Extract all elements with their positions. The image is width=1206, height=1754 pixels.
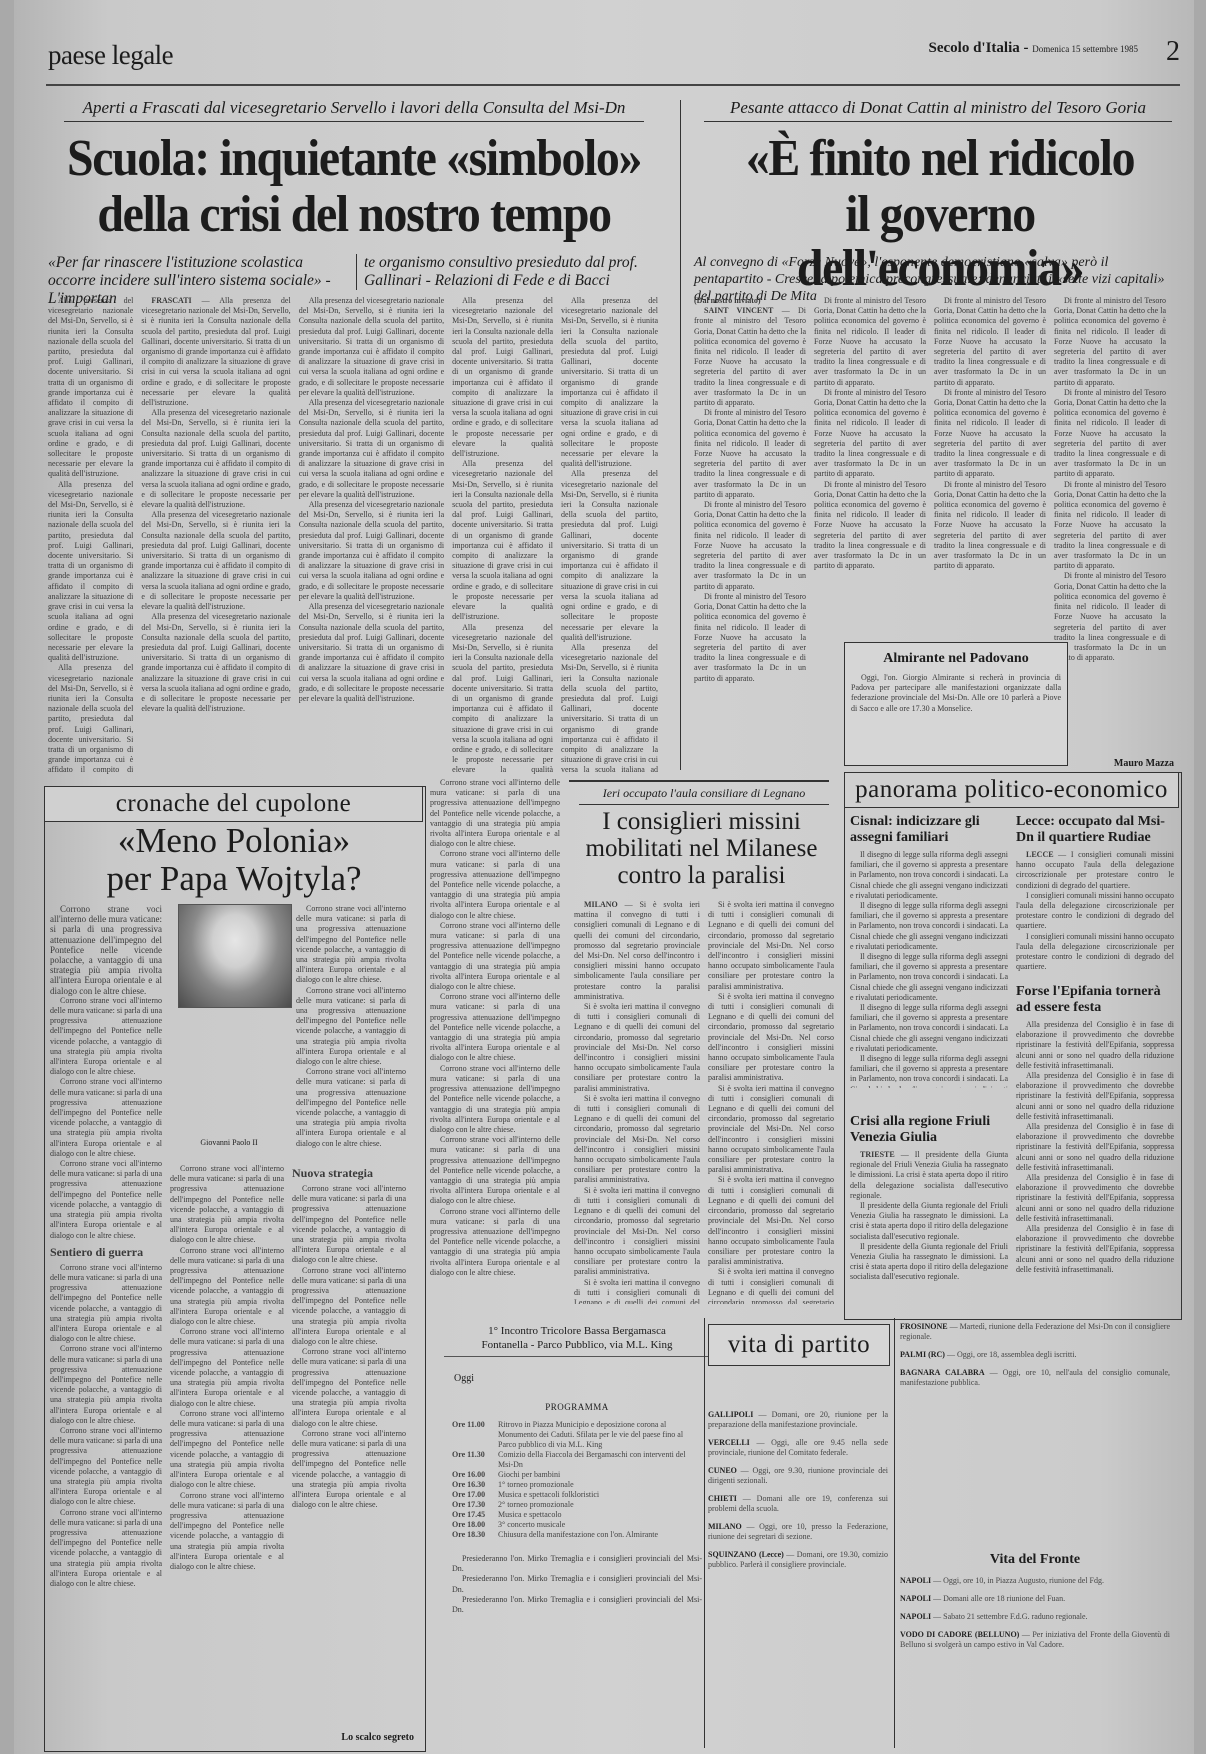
schedule-time: Ore 16.30 <box>452 1480 498 1490</box>
cupolone-headline-2: per Papa Wojtyla? <box>44 860 424 898</box>
body-column: Alla presenza del vicesegretario naziona… <box>299 296 444 776</box>
vdp-item-place: CHIETI <box>708 1494 737 1503</box>
issue-date: Domenica 15 settembre 1985 <box>1032 44 1138 54</box>
cupolone-headline-1: «Meno Polonia» <box>44 822 424 860</box>
incontro-title-2: Fontanella - Parco Pubblico, via M.L. Ki… <box>444 1338 710 1352</box>
body-column: FRASCATI — Alla presenza del vicesegreta… <box>141 296 290 776</box>
vdp-item: MILANO — Oggi, ore 10, presso la Federaz… <box>708 1522 888 1542</box>
vdp-item-place: VERCELLI <box>708 1438 750 1447</box>
schedule-row: Ore 11.00Ritrovo in Piazza Municipio e d… <box>452 1420 702 1450</box>
vdf-item: NAPOLI — Oggi, ore 10, in Piazza Augusto… <box>900 1576 1170 1586</box>
incontro-day: Oggi <box>454 1373 710 1384</box>
cupolone-right: Giovanni Paolo II Corrono strane voci al… <box>170 904 406 1746</box>
schedule-time: Ore 17.30 <box>452 1500 498 1510</box>
article-cattin-kicker-wrap: Pesante attacco di Donat Cattin al minis… <box>704 98 1172 122</box>
body-column: Alla presenza del vicesegretario naziona… <box>452 296 553 776</box>
legnano-kicker: Ieri occupato l'aula consiliare di Legna… <box>579 786 829 805</box>
incontro-box: 1° Incontro Tricolore Bassa Bergamasca F… <box>444 1318 710 1750</box>
vdf-item: VODO DI CADORE (BELLUNO) — Per iniziativ… <box>900 1630 1170 1650</box>
body-column: Corrono strane voci all'interno delle mu… <box>430 778 560 1304</box>
vdp-list: GALLIPOLI — Domani, ore 20, riunione per… <box>708 1410 888 1578</box>
vdf-item-place: NAPOLI <box>900 1576 931 1585</box>
incontro-program-label: PROGRAMMA <box>444 1402 710 1412</box>
schedule-event: 2° torneo promozionale <box>498 1500 574 1510</box>
deck-divider <box>356 254 357 290</box>
body-column: Si è svolta ieri mattina il convegno di … <box>708 900 834 1304</box>
vdp-item: SQUINZANO (Lecce) — Domani, ore 19.30, c… <box>708 1550 888 1570</box>
article-scuola-deck-right: te organismo consultivo presieduto dal p… <box>364 254 654 290</box>
legnano-body: MILANO — Si è svolta ieri mattina il con… <box>574 900 834 1304</box>
article-cattin-kicker: Pesante attacco di Donat Cattin al minis… <box>704 98 1172 122</box>
incontro-note: Presiederanno l'on. Mirko Tremaglia e i … <box>452 1554 702 1694</box>
schedule-row: Ore 18.30Chiusura della manifestazione c… <box>452 1530 702 1540</box>
panorama-item-title: Forse l'Epifania tornerà ad essere festa <box>1016 984 1174 1016</box>
photo-caption: Giovanni Paolo II <box>170 1138 288 1147</box>
body-column: Corrono strane voci all'interno delle mu… <box>170 1164 284 1746</box>
column-divider <box>894 1318 895 1748</box>
newspaper-name: Secolo d'Italia <box>929 40 1020 56</box>
schedule-time: Ore 16.00 <box>452 1470 498 1480</box>
schedule-row: Ore 11.30Comizio della Fiaccola dei Berg… <box>452 1450 702 1470</box>
schedule-time: Ore 18.30 <box>452 1530 498 1540</box>
cupolone-headline: «Meno Polonia» per Papa Wojtyla? <box>44 822 424 898</box>
panorama-item-body: TRIESTE — Il presidente della Giunta reg… <box>850 1150 1008 1310</box>
vdp-item-place: CUNEO <box>708 1466 737 1475</box>
header-rule <box>46 84 1180 86</box>
lower-columns: Corrono strane voci all'interno delle mu… <box>170 1164 406 1746</box>
schedule-row: Ore 18.003° concerto musicale <box>452 1520 702 1530</box>
vdp-item: GALLIPOLI — Domani, ore 20, riunione per… <box>708 1410 888 1430</box>
article-cattin-signature: Mauro Mazza <box>1054 758 1174 769</box>
article-scuola-kicker: Aperti a Frascati dal vicesegretario Ser… <box>64 98 644 122</box>
vdp-item: CHIETI — Domani alle ore 19, conferenza … <box>708 1494 888 1514</box>
article-scuola-headline-2: della crisi del nostro tempo <box>60 188 649 242</box>
cupolone-signature: Lo scalco segreto <box>264 1732 414 1743</box>
panorama-item-body: LECCE — I consiglieri comunali missini h… <box>1016 850 1174 978</box>
photo-block: Giovanni Paolo II <box>170 904 288 1164</box>
vdp-item: CUNEO — Oggi, ore 9.30, riunione provinc… <box>708 1466 888 1486</box>
panorama-item-body: Alla presidenza del Consiglio è in fase … <box>1016 1020 1174 1320</box>
schedule-event: Musica e spettacoli folkloristici <box>498 1490 599 1500</box>
vdp-item-place: PALMI (RC) <box>900 1350 945 1359</box>
schedule-row: Ore 17.45Musica e spettacolo <box>452 1510 702 1520</box>
incontro-schedule: Ore 11.00Ritrovo in Piazza Municipio e d… <box>444 1420 710 1540</box>
vdf-item-place: NAPOLI <box>900 1594 931 1603</box>
newspaper-folio: Secolo d'Italia - Domenica 15 settembre … <box>929 40 1139 57</box>
legnano-headline-3: contro la paralisi <box>569 862 834 889</box>
legnano-headline-1: I consiglieri missini <box>569 808 834 835</box>
panorama-item-title: Crisi alla regione Friuli Venezia Giulia <box>850 1114 1008 1146</box>
panorama-item-title: Lecce: occupato dal Msi-Dn il quartiere … <box>1016 814 1174 846</box>
vdp-item-place: GALLIPOLI <box>708 1410 753 1419</box>
schedule-row: Ore 17.00Musica e spettacoli folkloristi… <box>452 1490 702 1500</box>
schedule-time: Ore 11.00 <box>452 1420 498 1450</box>
vdp-item-place: BAGNARA CALABRA <box>900 1368 985 1377</box>
panorama-right-col: Lecce: occupato dal Msi-Dn il quartiere … <box>1016 814 1174 1314</box>
body-column: MILANO — Si è svolta ieri mattina il con… <box>574 900 700 1304</box>
vdf-list: NAPOLI — Oggi, ore 10, in Piazza Augusto… <box>900 1576 1170 1658</box>
section-label: paese legale <box>48 40 173 71</box>
schedule-time: Ore 17.00 <box>452 1490 498 1500</box>
body-column: Alla presenza del vicesegretario naziona… <box>48 296 133 776</box>
vdp-item-place: SQUINZANO (Lecce) <box>708 1550 784 1559</box>
newspaper-page: paese legale Secolo d'Italia - Domenica … <box>14 0 1194 1754</box>
incontro-header: 1° Incontro Tricolore Bassa Bergamasca F… <box>444 1318 710 1357</box>
box-almirante: Almirante nel Padovano Oggi, l'on. Giorg… <box>844 642 1068 766</box>
schedule-event: Chiusura della manifestazione con l'on. … <box>498 1530 658 1540</box>
article-scuola-headline-1: Scuola: inquietante «simbolo» <box>60 132 649 186</box>
schedule-row: Ore 17.302° torneo promozionale <box>452 1500 702 1510</box>
photo-row: Giovanni Paolo II Corrono strane voci al… <box>170 904 406 1164</box>
column-divider <box>680 100 681 770</box>
vdp-item-place: MILANO <box>708 1522 742 1531</box>
vdf-item-place: VODO DI CADORE (BELLUNO) <box>900 1630 1019 1639</box>
incontro-title-1: 1° Incontro Tricolore Bassa Bergamasca <box>444 1324 710 1338</box>
article-scuola-kicker-wrap: Aperti a Frascati dal vicesegretario Ser… <box>64 98 644 122</box>
cupolone-section-title: cronache del cupolone <box>44 786 423 822</box>
box-almirante-body: Oggi, l'on. Giorgio Almirante si recherà… <box>851 673 1061 753</box>
schedule-event: Musica e spettacolo <box>498 1510 562 1520</box>
schedule-time: Ore 17.45 <box>452 1510 498 1520</box>
vdf-item-place: NAPOLI <box>900 1612 931 1621</box>
page-number: 2 <box>1166 36 1180 68</box>
schedule-event: Giochi per bambini <box>498 1470 560 1480</box>
vdp-list-continued: FROSINONE — Martedì, riunione della Fede… <box>900 1322 1170 1396</box>
vdp-item-place: FROSINONE <box>900 1322 948 1331</box>
body-column: Alla presenza del vicesegretario naziona… <box>561 296 658 776</box>
article-scuola-body: Alla presenza del vicesegretario naziona… <box>48 296 658 776</box>
pope-photo <box>178 904 292 1008</box>
cupolone-continuation: Corrono strane voci all'interno delle mu… <box>430 778 560 1304</box>
vdf-title: Vita del Fronte <box>900 1552 1170 1568</box>
column-divider <box>704 1318 705 1748</box>
schedule-time: Ore 11.30 <box>452 1450 498 1470</box>
body-column: Corrono strane voci all'interno delle mu… <box>296 904 406 1164</box>
legnano-headline: I consiglieri missini mobilitati nel Mil… <box>569 808 834 889</box>
body-column: Nuova strategia Corrono strane voci all'… <box>292 1164 406 1746</box>
vdp-item: PALMI (RC) — Oggi, ore 18, assemblea deg… <box>900 1350 1170 1360</box>
legnano-headline-2: mobilitati nel Milanese <box>569 835 834 862</box>
schedule-row: Ore 16.301° torneo promozionale <box>452 1480 702 1490</box>
body-column: (Dal nostro inviato)SAINT VINCENT — Di f… <box>694 296 806 758</box>
cupolone-subhead-1: Sentiero di guerra <box>50 1245 162 1259</box>
vdf-item: NAPOLI — Domani alle ore 18 riunione del… <box>900 1594 1170 1604</box>
schedule-event: Comizio della Fiaccola dei Bergamaschi c… <box>498 1450 702 1470</box>
schedule-time: Ore 18.00 <box>452 1520 498 1530</box>
vdp-item: BAGNARA CALABRA — Oggi, ore 10, nell'aul… <box>900 1368 1170 1388</box>
schedule-row: Ore 16.00Giochi per bambini <box>452 1470 702 1480</box>
schedule-event: 3° concerto musicale <box>498 1520 565 1530</box>
box-almirante-title: Almirante nel Padovano <box>845 651 1067 667</box>
cupolone-body: Corrono strane voci all'interno delle mu… <box>50 904 418 1746</box>
vdp-item: FROSINONE — Martedì, riunione della Fede… <box>900 1322 1170 1342</box>
cupolone-subhead-2: Nuova strategia <box>292 1166 406 1180</box>
legnano-rule <box>569 780 829 782</box>
body-column: Corrono strane voci all'interno delle mu… <box>50 904 162 1746</box>
panorama-section-title: panorama politico-economico <box>844 772 1179 808</box>
vdp-section-title: vita di partito <box>708 1324 890 1366</box>
panorama-left-col: Cisnal: indicizzare gli assegni familiar… <box>850 814 1008 1314</box>
schedule-event: 1° torneo promozionale <box>498 1480 574 1490</box>
article-cattin-headline-1: «È finito nel ridicolo <box>706 132 1173 186</box>
panorama-item-body: Il disegno di legge sulla riforma degli … <box>850 850 1008 1088</box>
vdf-item: NAPOLI — Sabato 21 settembre F.d.G. radu… <box>900 1612 1170 1622</box>
panorama-item-title: Cisnal: indicizzare gli assegni familiar… <box>850 814 1008 846</box>
schedule-event: Ritrovo in Piazza Municipio e deposizion… <box>498 1420 702 1450</box>
vdp-item: VERCELLI — Oggi, alle ore 9.45 nella sed… <box>708 1438 888 1458</box>
body-column: Di fronte al ministro del Tesoro Goria, … <box>1054 296 1166 758</box>
